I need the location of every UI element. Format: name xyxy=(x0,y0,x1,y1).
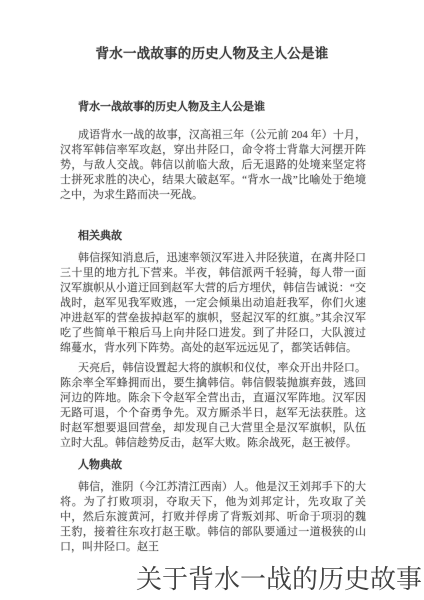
section-heading-related-allusion: 相关典故 xyxy=(78,229,122,244)
section1-paragraph-1: 韩信探知消息后，迅速率领汉军进入井陉狭道，在离井陉口三十里的地方扎下营来。半夜，… xyxy=(60,251,366,356)
section1-paragraph-2: 天亮后，韩信设置起大将的旗帜和仪仗，率众开出井陉口。陈余率全军蜂拥而出，要生擒韩… xyxy=(60,361,366,451)
document-page: 背水一战故事的历史人物及主人公是谁 背水一战故事的历史人物及主人公是谁 成语背水… xyxy=(0,0,424,600)
bottom-caption: 关于背水一战的历史故事 xyxy=(136,561,422,597)
article-heading: 背水一战故事的历史人物及主人公是谁 xyxy=(78,100,265,115)
page-title: 背水一战故事的历史人物及主人公是谁 xyxy=(0,45,424,62)
intro-paragraph: 成语背水一战的故事，汉高祖三年（公元前 204 年）十月，汉将军韩信率军攻赵，穿… xyxy=(60,128,366,203)
section-heading-character-allusion: 人物典故 xyxy=(78,458,122,473)
section2-paragraph-1: 韩信，淮阴（今江苏清江西南）人。他是汉王刘邦手下的大将。为了打败项羽，夺取天下，… xyxy=(60,480,366,555)
